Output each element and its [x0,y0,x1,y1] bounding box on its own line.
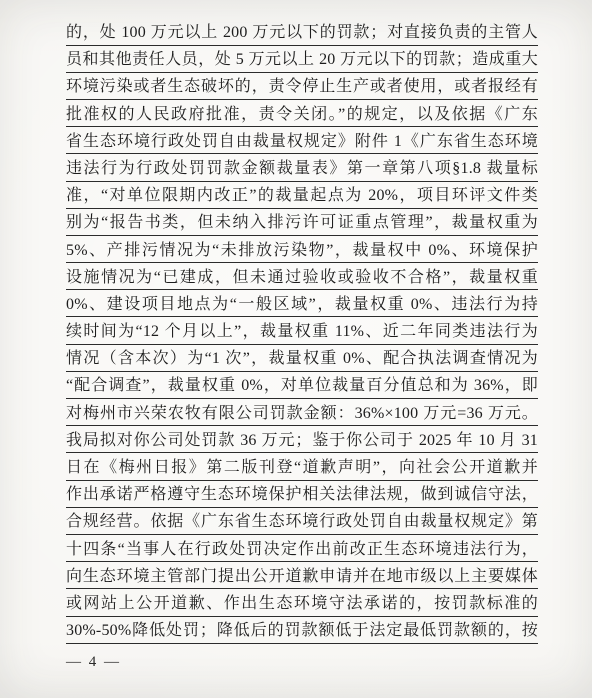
text-line: 别为“报告书类，但未纳入排污许可证重点管理”，裁量权重为 [66,211,538,236]
text-line: 对梅州市兴荣农牧有限公司罚款金额：36%×100 万元=36 万元。 [66,402,538,427]
text-line: 批准权的人民政府批准，责令关闭。”的规定，以及依据《广东 [66,103,538,128]
page-number: — 4 — [66,654,121,671]
text-line: 向生态环境主管部门提出公开道歉申请并在地市级以上主要媒体 [66,565,538,590]
document-body: 的，处 100 万元以上 200 万元以下的罚款；对直接负责的主管人员和其他责任… [66,21,538,646]
text-line: 日在《梅州日报》第二版刊登“道歉声明”，向社会公开道歉并 [66,456,538,481]
text-line: 作出承诺严格遵守生态环境保护相关法律法规，做到诚信守法， [66,483,538,508]
text-line: 省生态环境行政处罚自由裁量权规定》附件 1《广东省生态环境 [66,130,538,155]
text-line: 设施情况为“已建成，但未通过验收或验收不合格”，裁量权重 [66,266,538,291]
text-line: 情况（含本次）为“1 次”，裁量权重 0%、配合执法调查情况为 [66,347,538,372]
text-line: 违法行为行政处罚罚款金额裁量表》第一章第八项§1.8 裁量标 [66,157,538,182]
text-line: 合规经营。依据《广东省生态环境行政处罚自由裁量权规定》第 [66,510,538,535]
text-line: 30%-50%降低处罚；降低后的罚款额低于法定最低罚款额的，按 [66,619,538,644]
text-line: 5%、产排污情况为“未排放污染物”，裁量权中 0%、环境保护 [66,239,538,264]
scanned-document-page: 的，处 100 万元以上 200 万元以下的罚款；对直接负责的主管人员和其他责任… [0,0,592,698]
text-line: 或网站上公开道歉、作出生态环境守法承诺的，按罚款标准的 [66,592,538,617]
text-line: 环境污染或者生态破坏的，责令停止生产或者使用，或者报经有 [66,75,538,100]
text-line: 十四条“当事人在行政处罚决定作出前改正生态环境违法行为， [66,538,538,563]
text-line: 的，处 100 万元以上 200 万元以下的罚款；对直接负责的主管人 [66,21,538,46]
text-line: 0%、建设项目地点为“一般区域”，裁量权重 0%、违法行为持 [66,293,538,318]
text-line: 员和其他责任人员，处 5 万元以上 20 万元以下的罚款；造成重大 [66,48,538,73]
text-line: “配合调查”，裁量权重 0%，对单位裁量百分值总和为 36%，即 [66,374,538,399]
text-line: 续时间为“12 个月以上”，裁量权重 11%、近二年同类违法行为 [66,320,538,345]
text-line: 我局拟对你公司处罚款 36 万元；鉴于你公司于 2025 年 10 月 31 [66,429,538,454]
text-line: 准，“对单位限期内改正”的裁量起点为 20%，项目环评文件类 [66,184,538,209]
